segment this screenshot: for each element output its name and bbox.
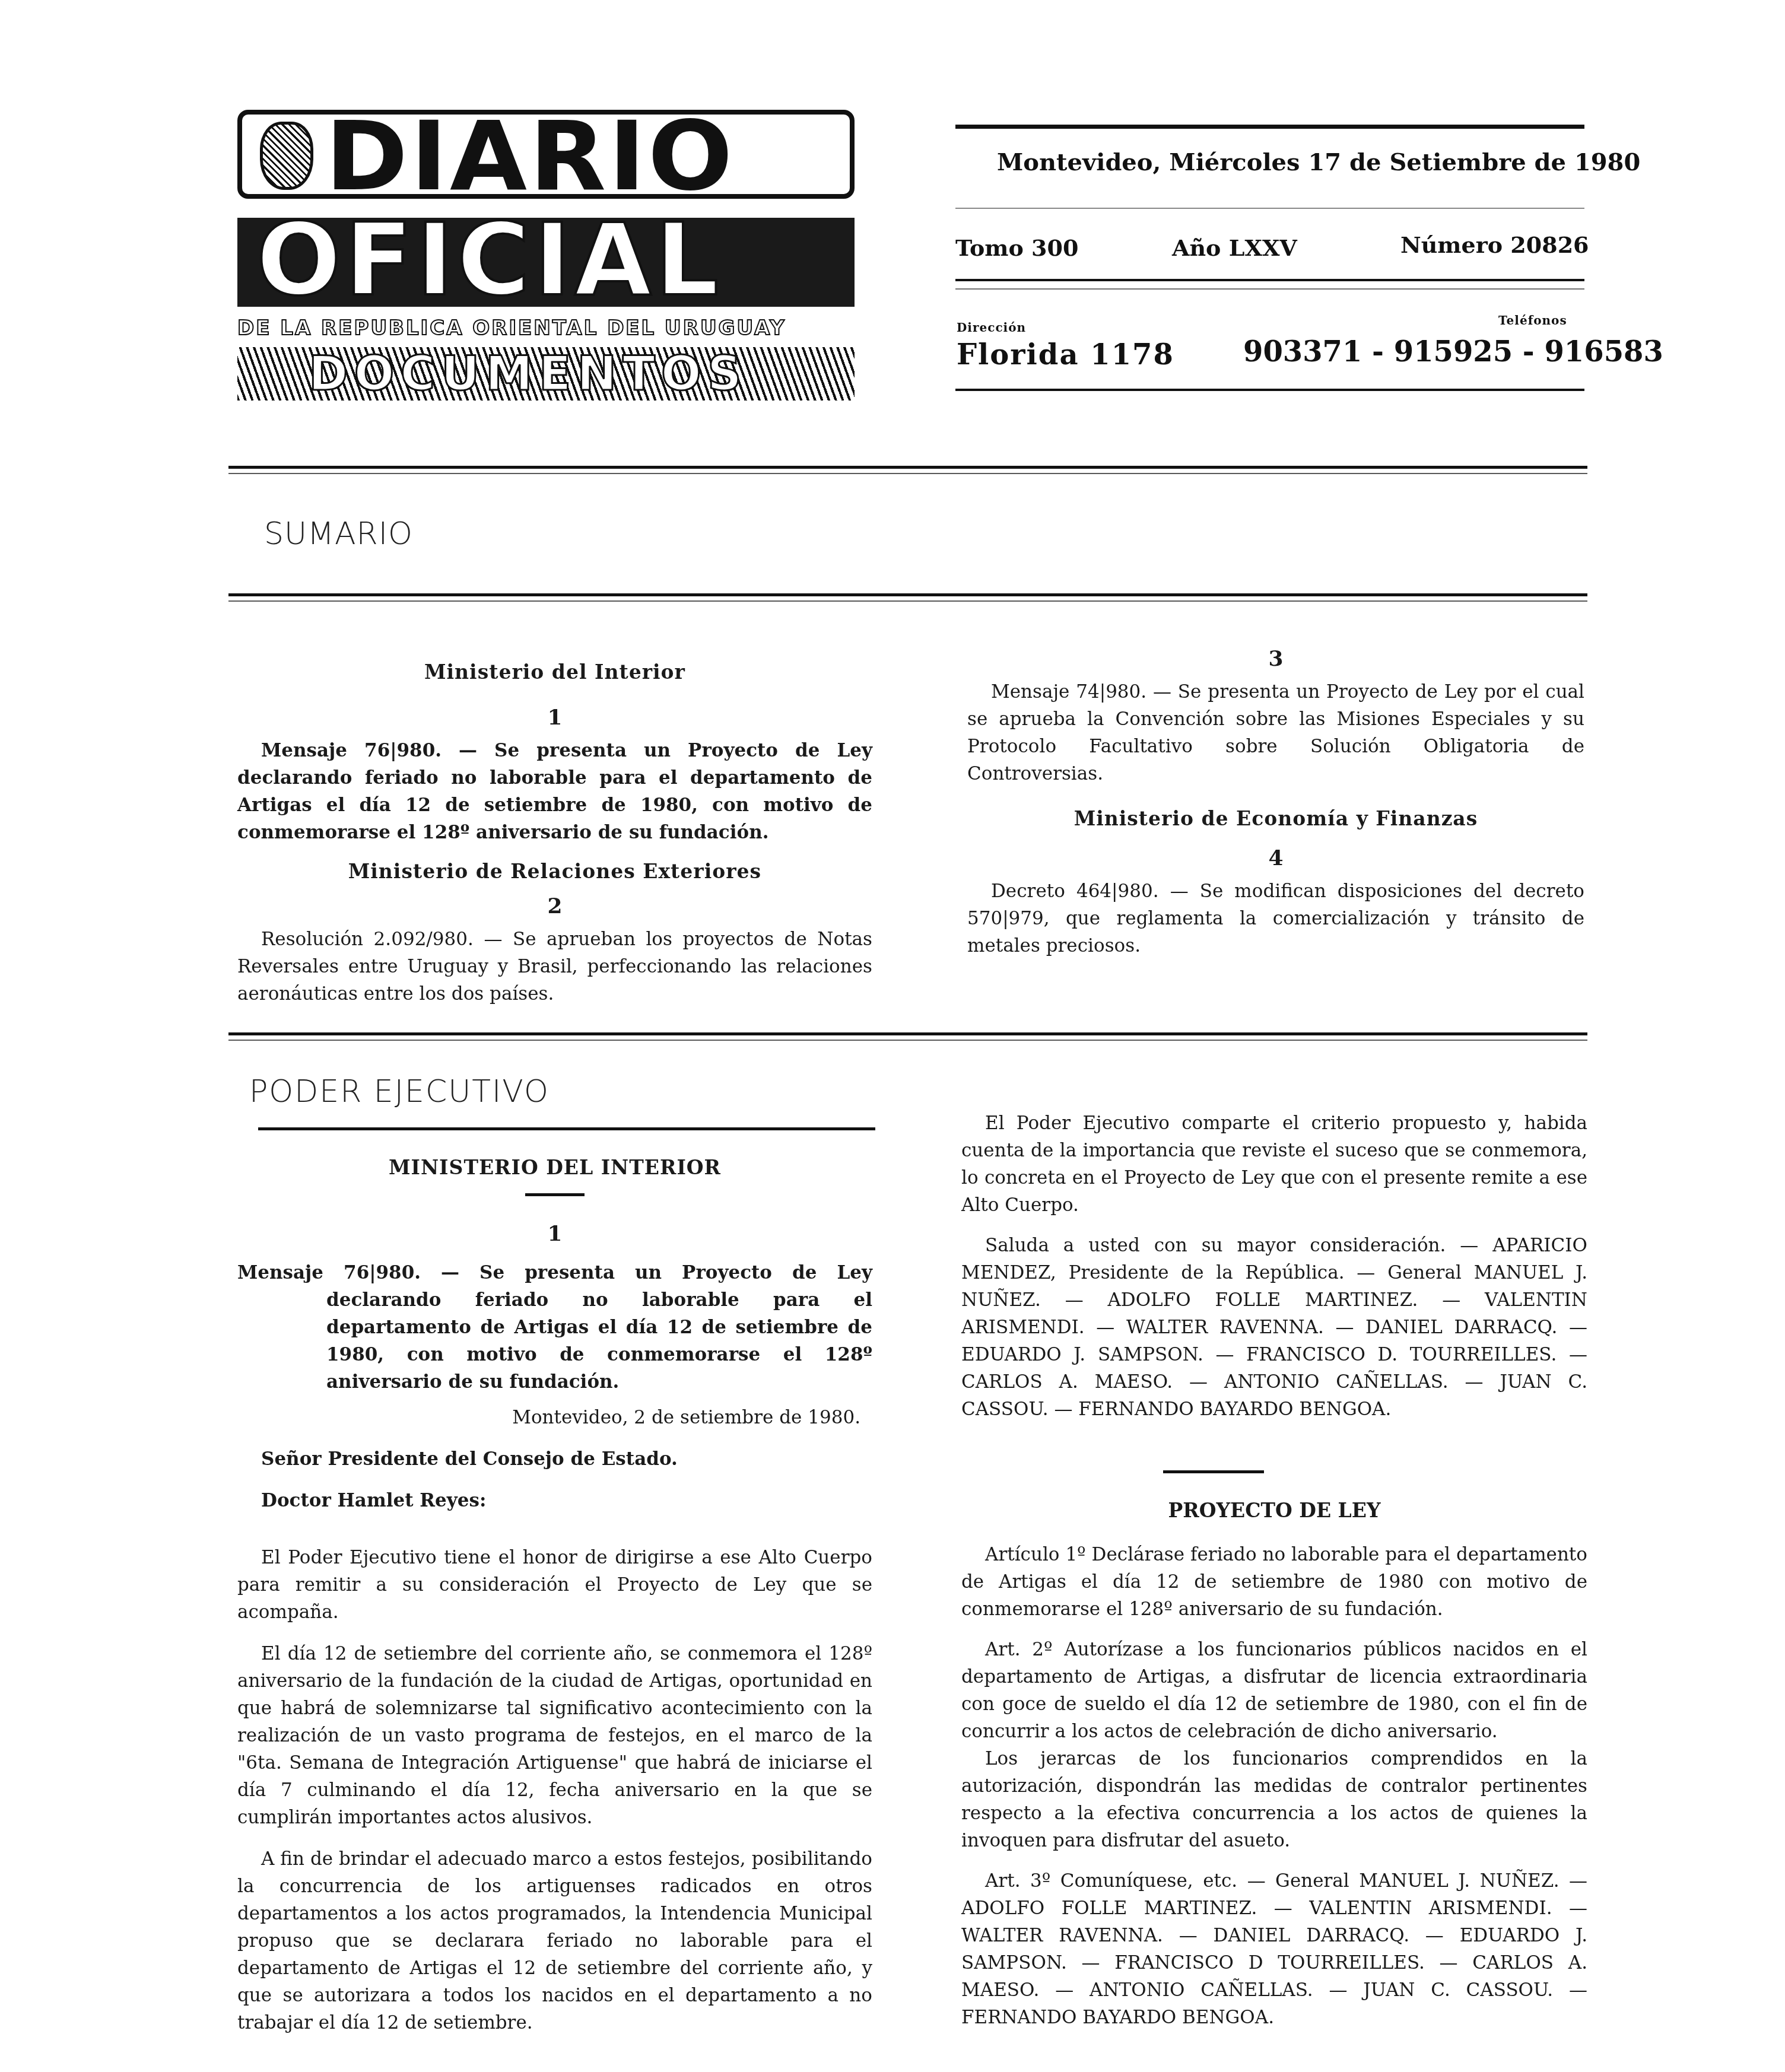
sumario-left-column: Ministerio del Interior 1 Mensaje 76|980… <box>237 659 872 1008</box>
sumario-divider-2 <box>228 600 1587 602</box>
article-2-paragraph: Los jerarcas de los funcionarios compren… <box>961 1745 1587 1854</box>
poder-ejecutivo-right-column: El Poder Ejecutivo comparte el criterio … <box>961 1110 1587 2031</box>
telefonos-label: Teléfonos <box>1498 313 1567 328</box>
sumario-end-divider-2 <box>228 1040 1587 1041</box>
header-rule-mid-2 <box>955 279 1584 281</box>
masthead-title-oficial: OFICIAL <box>256 209 722 310</box>
poder-ejecutivo-left-column: MINISTERIO DEL INTERIOR 1 Mensaje 76|980… <box>237 1154 872 2036</box>
document-number: 1 <box>237 1220 872 1247</box>
coat-of-arms-icon <box>260 122 313 190</box>
sumario-item-number: 2 <box>237 892 872 920</box>
poder-ejecutivo-heading: PODER EJECUTIVO <box>249 1074 550 1110</box>
place-date: Montevideo, 2 de setiembre de 1980. <box>237 1404 872 1431</box>
letter-paragraph: El día 12 de setiembre del corriente año… <box>237 1640 872 1831</box>
issue-tomo: Tomo 300 <box>955 234 1078 261</box>
poder-ejecutivo-rule <box>258 1127 875 1130</box>
masthead-title-diario: DIARIO <box>325 109 735 205</box>
issue-anio: Año LXXV <box>1172 234 1297 261</box>
sumario-heading: SUMARIO <box>264 516 413 552</box>
proyecto-de-ley-heading: PROYECTO DE LEY <box>961 1497 1587 1524</box>
sumario-ministry-heading: Ministerio de Relaciones Exteriores <box>237 858 872 885</box>
masthead-divider-1 <box>228 466 1587 469</box>
header-rule-mid-3 <box>955 288 1584 290</box>
sumario-item-number: 3 <box>967 645 1584 672</box>
header-rule-mid-1 <box>955 208 1584 209</box>
masthead-divider-2 <box>228 473 1587 474</box>
masthead-diario-box: DIARIO <box>237 110 855 199</box>
article-2: Art. 2º Autorízase a los funcionarios pú… <box>961 1636 1587 1745</box>
header-rule-bottom <box>955 389 1584 391</box>
sumario-item-text: Decreto 464|980. — Se modifican disposic… <box>967 878 1584 959</box>
sumario-ministry-heading: Ministerio de Economía y Finanzas <box>967 805 1584 832</box>
sumario-ministry-heading: Ministerio del Interior <box>237 659 872 686</box>
masthead-oficial-box: OFICIAL <box>237 218 855 307</box>
sumario-item-text: Mensaje 74|980. — Se presenta un Proyect… <box>967 678 1584 787</box>
sumario-item-number: 4 <box>967 844 1584 872</box>
telefonos-value: 903371 - 915925 - 916583 <box>1243 335 1663 368</box>
direccion-value: Florida 1178 <box>957 338 1174 371</box>
document-summary: Mensaje 76|980. — Se presenta un Proyect… <box>237 1259 872 1396</box>
issue-numero: Número 20826 <box>1400 231 1589 258</box>
documentos-banner-text: DOCUMENTOS <box>309 349 748 398</box>
addressee-line-1: Señor Presidente del Consejo de Estado. <box>237 1445 872 1473</box>
addressee-line-2: Doctor Hamlet Reyes: <box>237 1487 872 1514</box>
article-3: Art. 3º Comuníquese, etc. — General MANU… <box>961 1867 1587 2031</box>
letter-signatures: Saluda a usted con su mayor consideració… <box>961 1232 1587 1423</box>
ministry-heading: MINISTERIO DEL INTERIOR <box>237 1154 872 1181</box>
sumario-right-column: 3 Mensaje 74|980. — Se presenta un Proye… <box>967 638 1584 959</box>
section-short-rule <box>1163 1470 1264 1473</box>
direccion-label: Dirección <box>957 320 1026 335</box>
sumario-end-divider-1 <box>228 1032 1587 1035</box>
letter-paragraph: El Poder Ejecutivo tiene el honor de dir… <box>237 1544 872 1626</box>
masthead-subtitle: DE LA REPUBLICA ORIENTAL DEL URUGUAY <box>237 316 855 340</box>
letter-paragraph: El Poder Ejecutivo comparte el criterio … <box>961 1110 1587 1219</box>
sumario-item-text: Resolución 2.092/980. — Se aprueban los … <box>237 926 872 1008</box>
header-rule-top <box>955 125 1584 129</box>
ministry-short-rule <box>525 1193 585 1196</box>
documentos-banner: DOCUMENTOS <box>237 347 855 401</box>
letter-paragraph: A fin de brindar el adecuado marco a est… <box>237 1845 872 2036</box>
issue-date: Montevideo, Miércoles 17 de Setiembre de… <box>997 148 1640 176</box>
sumario-item-text: Mensaje 76|980. — Se presenta un Proyect… <box>237 737 872 846</box>
sumario-divider-1 <box>228 593 1587 596</box>
article-1: Artículo 1º Declárase feriado no laborab… <box>961 1541 1587 1623</box>
sumario-item-number: 1 <box>237 704 872 731</box>
